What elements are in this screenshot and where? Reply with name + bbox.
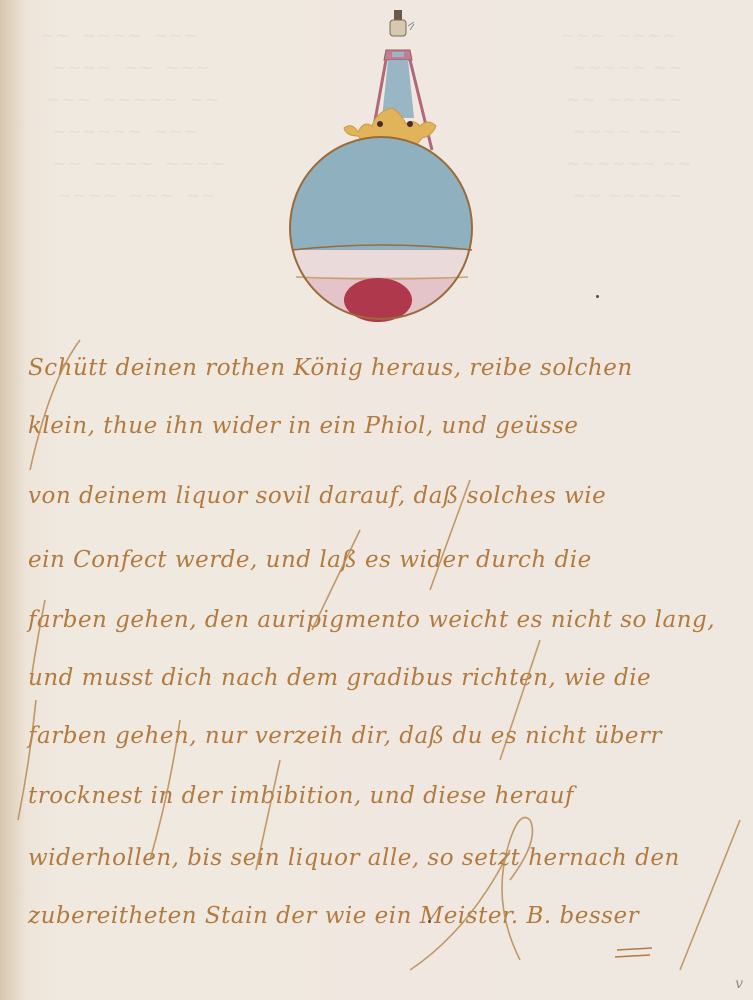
text-line-6: und musst dich nach dem gradibus richten… bbox=[28, 665, 651, 691]
text-line-7: farben gehen, nur verzeih dir, daß du es… bbox=[28, 723, 662, 749]
bleed-through-text-right: ~~~ ~~~~ ~~~~~ ~~ ~~ ~~~~~ ~~~~ ~~~ ~~~~… bbox=[560, 20, 692, 212]
ink-speck bbox=[596, 295, 599, 298]
text-line-4: ein Confect werde, und laß es wider durc… bbox=[28, 547, 592, 573]
double-underline bbox=[615, 948, 652, 957]
bleed-through-text-left: ~~ ~~~~ ~~~ ~~~~ ~~ ~~~ ~~~ ~~~~~ ~~ ~~~… bbox=[40, 20, 225, 212]
alchemical-flask-illustration bbox=[282, 0, 482, 330]
ink-speck bbox=[428, 920, 431, 923]
folio-mark: v bbox=[735, 976, 743, 992]
stopper-icon bbox=[394, 10, 402, 20]
text-line-10: zubereitheten Stain der wie ein Meister.… bbox=[28, 903, 639, 929]
text-line-8: trocknest in der imbibition, und diese h… bbox=[28, 783, 574, 809]
binding-gutter-shadow bbox=[0, 0, 26, 1000]
manuscript-page: ~~ ~~~~ ~~~ ~~~~ ~~ ~~~ ~~~ ~~~~~ ~~ ~~~… bbox=[0, 0, 753, 1000]
text-line-5: farben gehen, den auripigmento weicht es… bbox=[28, 607, 715, 633]
text-line-9: widerhollen, bis sein liquor alle, so se… bbox=[28, 845, 680, 871]
text-line-3: von deinem liquor sovil darauf, daß solc… bbox=[28, 483, 606, 509]
text-line-2: klein, thue ihn wider in ein Phiol, und … bbox=[28, 413, 579, 439]
text-line-1: Schütt deinen rothen König heraus, reibe… bbox=[28, 355, 633, 381]
